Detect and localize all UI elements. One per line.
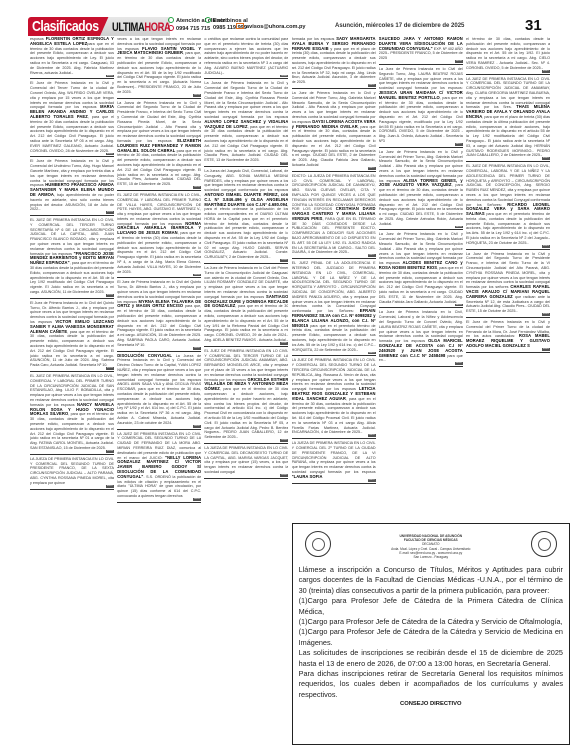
- institution-title: UNIVERSIDAD NACIONAL DE ASUNCIÓN FACULTA…: [339, 534, 523, 559]
- notice-text: LA JUEZA DE PRIMERA INSTANCIA EN LO CIVI…: [292, 441, 376, 474]
- notice-code: 88858: [455, 226, 463, 229]
- notice-text: , para que en el término de treinta (30)…: [117, 231, 201, 273]
- section-title: Clasificados: [32, 18, 99, 35]
- notice-code: 88840: [193, 274, 201, 277]
- email-link[interactable]: avisos@uhora.com.py: [246, 24, 306, 30]
- notice-text: La Jueza de Primera Instancia en lo Civi…: [117, 101, 201, 143]
- notice-code: 88855: [368, 479, 376, 482]
- notice-code: 88846: [280, 259, 288, 262]
- legal-notice: esposos FLORENTIN ORTIZ ESPINOLA Y ANGEL…: [30, 37, 114, 79]
- notice-parties: DISOLUCIÓN CONYUGAL: [117, 353, 172, 358]
- notice-text: para que en el perentorio término de tre…: [466, 212, 550, 245]
- legal-notice: El Juez de Primera Instancia en lo Civil…: [30, 81, 114, 157]
- position-item: (1)Cargo para Profesor Jefe de Cátedra d…: [299, 627, 563, 648]
- legal-notice: El Juez de Primera Instancia en lo Civil…: [30, 301, 114, 372]
- legal-notice: La Jueza del Juzgado Civil, Comercial, L…: [204, 169, 288, 264]
- legal-notice: La Juez de Primera Instancia en lo Civil…: [292, 91, 376, 172]
- notice-text: , para que en el término de 30 días, con…: [30, 330, 114, 368]
- notice-code: 88853: [368, 352, 376, 355]
- notice-code: 88843: [193, 498, 201, 501]
- notice-code: 88833: [106, 211, 114, 214]
- notice-code: 88831: [106, 75, 114, 78]
- notice-code: 88838: [193, 94, 201, 97]
- announcement-intro: Llámese a inscripción a Concurso de Títu…: [299, 565, 563, 596]
- notice-text: EL JUEZ DE PRIMERA INSTANCIA EN LO CIVIL…: [466, 164, 550, 206]
- legal-notice: EL JUEZ PENAL DE LA ADOLESCENCIA E INTER…: [292, 261, 376, 356]
- legal-notice: LA JUEZ DE PRIMERA INSTANCIA EN LO CIVIL…: [466, 77, 550, 163]
- notice-text: , para que en el término de 30 días, con…: [379, 183, 463, 225]
- notice-code: 88863: [542, 245, 550, 248]
- notice-text: , para que en el término de 30 días cont…: [30, 261, 114, 294]
- notice-text: , para que el término de 30 días contado…: [30, 115, 114, 153]
- envelope-icon: [236, 23, 244, 29]
- notice-code: 88850: [368, 84, 376, 87]
- notice-code: 88832: [106, 153, 114, 156]
- notice-text: para que en el término de 30 días, conta…: [117, 149, 201, 187]
- legal-notice: La Juez de Primera Instancia en lo Civil…: [379, 310, 463, 367]
- notice-code: 88864: [542, 313, 550, 316]
- phone-icon: [168, 25, 174, 31]
- position-item: (1)Cargo para Profesor Jefe de Cátedra d…: [299, 596, 563, 617]
- notice-text: , para que en el término de 30 días, con…: [292, 125, 376, 167]
- whatsapp-icon: [205, 17, 211, 23]
- notice-text: , para que en el término de 30 días comp…: [204, 387, 288, 439]
- notice-text: , para que en el término de 30 días, con…: [204, 304, 288, 342]
- legal-notice: La Juez de Primera Instancia en lo Civil…: [204, 266, 288, 347]
- notice-text: y para que en el plazo de treinta (30) d…: [292, 47, 376, 85]
- legal-notice: EL JUEZ DE PRIMERA INSTANCIA EN LO CIVIL…: [30, 374, 114, 455]
- notice-text: LA JUEZA DE PRIMERA INSTANCIA EN LO CIVI…: [204, 446, 288, 474]
- legal-notice: El Juez de Primera Instancia en lo Civil…: [30, 159, 114, 216]
- column-6: el término de 30 días, contados desde la…: [466, 37, 550, 521]
- notice-text: o créditos que reclamar contra la comuni…: [204, 37, 288, 75]
- legal-notice: o créditos que reclamar contra la comuni…: [204, 37, 288, 79]
- legal-notice: EL JUEZ DE PRIMERA INSTANCIA EN LO CIVIL…: [204, 349, 288, 444]
- legal-notice: SAUCEDO JARA Y ANTONIO RAMON DUARTE VERA…: [379, 37, 463, 65]
- notice-text: La Jueza de Primera Instancia en lo Civi…: [117, 354, 201, 425]
- email-contact: avisos@uhora.com.py: [236, 23, 306, 30]
- notice-code: 88841: [193, 347, 201, 350]
- position-item: (1)Cargo para Profesor Jefe de Cátedra d…: [299, 617, 563, 627]
- una-seal-icon: [305, 531, 331, 557]
- una-header: UNIVERSIDAD NACIONAL DE ASUNCIÓN FACULTA…: [299, 528, 563, 565]
- notice-code: 88835: [106, 367, 114, 370]
- legal-notice: LA JUEZ DE PRIMERA INSTANCIA EN LO CIVIL…: [117, 432, 201, 503]
- notice-parties: ANTONIO ISMAEL DUARTE PÉREZ, con C.I. Nº…: [204, 192, 288, 207]
- announcement-body: Llámese a inscripción a Concurso de Títu…: [299, 565, 563, 700]
- legal-notice: EL JUEZ DE PRIMERA INSTANCIA EN LO CIVIL…: [466, 164, 550, 250]
- notice-text: La Jueza del Juzgado Civil, Comercial, L…: [204, 169, 288, 192]
- una-announcement-box: UNIVERSIDAD NACIONAL DE ASUNCIÓN FACULTA…: [292, 523, 570, 745]
- column-2: veces a los que tengan interés en reclam…: [117, 37, 201, 749]
- legal-notice: LA JUEZA DE PRIMERA INSTANCIA EN LO CIVI…: [292, 441, 376, 483]
- notice-code: 88837: [106, 485, 114, 488]
- notice-text: para que en el término de 30 días contad…: [30, 42, 114, 75]
- notice-text: , para que en el plazo de treinta (30) d…: [466, 115, 550, 157]
- notice-parties: "LAURA SOFIA: [292, 474, 323, 479]
- notice-code: 88848: [280, 439, 288, 442]
- legal-notice: LA JUEZA DE PRIMERA INSTANCIA EN LO CIVI…: [204, 446, 288, 479]
- legal-notice: EL JUEZ DE PRIMERA INSTANCIA EN LO CIVIL…: [117, 193, 201, 279]
- notice-text: para que, en el término de 30 días, cont…: [117, 304, 201, 346]
- requirements-note: Para dichas inscripciones retirar de Sec…: [299, 669, 563, 700]
- notice-text: , para que en el término de 30 días, con…: [379, 266, 463, 304]
- notice-text: EL JUEZ PENAL DE LA ADOLESCENCIA E INTER…: [292, 261, 376, 313]
- legal-notice: La Juez de Primera Instancia en lo Civil…: [379, 67, 463, 148]
- legal-notice: el término de 30 días, contados desde la…: [466, 37, 550, 75]
- notice-text: La Juez de Primera Instancia en lo Civil…: [379, 67, 463, 90]
- legal-notice: EDICTO: LA JUEZA DE PRIMERA INSTANCIA EN…: [292, 174, 376, 260]
- notice-text: , para que en el término de 30 días, con…: [379, 96, 463, 143]
- notice-code: 88865: [542, 348, 550, 351]
- section-banner: Clasificados: [28, 17, 112, 36]
- notice-code: 88836: [106, 450, 114, 453]
- page-header: Clasificados ULTIMAHORA Atención al clie…: [0, 0, 580, 36]
- notice-code: 88851: [368, 167, 376, 170]
- legal-notice: formada por los esposos SADY MARGARITA A…: [292, 37, 376, 89]
- faculty-seal-icon: [531, 531, 557, 557]
- whatsapp-icon: [168, 17, 174, 23]
- legal-notice: El Juez de Primera Instancia en lo Civil…: [117, 280, 201, 351]
- notice-text: , para que, en término de 30 días contad…: [117, 51, 201, 93]
- notice-code: 88861: [542, 70, 550, 73]
- legal-notice: La Juez de Primera Instancia en lo Civil…: [379, 150, 463, 231]
- legal-notice: veces a los que tengan interés en reclam…: [117, 37, 201, 99]
- notice-text: La Jueza de Primera Instancia en lo Civi…: [204, 81, 288, 119]
- notice-text: el término de 30 días, contados desde la…: [466, 37, 550, 70]
- legal-notice: LA JUEZ DE PRIMERA INSTANCIA EN LO CIVIL…: [292, 358, 376, 439]
- notice-text: , para que en el término de 30 días, con…: [292, 397, 376, 435]
- legal-notice: DISOLUCIÓN CONYUGAL La Jueza de Primera …: [117, 354, 201, 430]
- notice-text: para que en el perentorio término de tre…: [292, 324, 376, 352]
- notice-code: 88834: [106, 294, 114, 297]
- notice-code: 88849: [280, 474, 288, 477]
- notice-text: LA JUEZA DE PRIMERA INSTANCIA EN LO CIVI…: [30, 457, 114, 485]
- column-3: o créditos que reclamar contra la comuni…: [204, 37, 288, 749]
- notice-code: 88842: [193, 425, 201, 428]
- legal-notice: El Juez de Primera Instancia en lo Civil…: [466, 320, 550, 353]
- notice-code: 88852: [368, 254, 376, 257]
- notice-code: 88862: [542, 157, 550, 160]
- notice-text: , para el efecto ordenase la publicación…: [204, 203, 288, 260]
- legal-notice: La Juez de Primera Instancia en lo Civil…: [379, 232, 463, 308]
- legal-notice: La Jueza de Primera Instancia en lo Civi…: [117, 101, 201, 191]
- publication-date: Asunción, miércoles 17 de diciembre de 2…: [335, 23, 464, 29]
- notice-code: 88860: [455, 362, 463, 365]
- legal-notice: La Juez de Primera Instancia en lo Civil…: [466, 252, 550, 318]
- legal-notice: EL JUEZ DE PRIMERA INSTANCIA EN LO CIVIL…: [30, 218, 114, 299]
- legal-notice: LA JUEZA DE PRIMERA INSTANCIA EN LO CIVI…: [30, 457, 114, 490]
- notice-code: 88856: [455, 60, 463, 63]
- application-dates: Las solicitudes de inscripciones se reci…: [299, 648, 563, 669]
- column-1: esposos FLORENTIN ORTIZ ESPINOLA Y ANGEL…: [30, 37, 114, 749]
- column-5: SAUCEDO JARA Y ANTONIO RAMON DUARTE VERA…: [379, 37, 463, 521]
- notice-code: 88854: [368, 434, 376, 437]
- notice-code: 88839: [193, 186, 201, 189]
- notice-code: 88845: [280, 162, 288, 165]
- notice-code: 88847: [280, 342, 288, 345]
- notice-code: 88844: [280, 75, 288, 78]
- signature: CONSEJO DIRECTIVO: [299, 701, 563, 707]
- notice-text: , PARA QUE EN EL TÉRMINO DE 30 DÍAS CONT…: [292, 217, 376, 255]
- notice-text: , para que en el término de 30 días cont…: [204, 125, 288, 163]
- brand-logo: ULTIMAHORA: [112, 20, 170, 34]
- notice-text: , para que en el término de 30 días, con…: [30, 412, 114, 450]
- legal-notice: La Jueza de Primera Instancia en lo Civi…: [204, 81, 288, 167]
- notice-code: 88859: [455, 304, 463, 307]
- page-number: 31: [525, 17, 542, 34]
- notice-code: 88857: [455, 143, 463, 146]
